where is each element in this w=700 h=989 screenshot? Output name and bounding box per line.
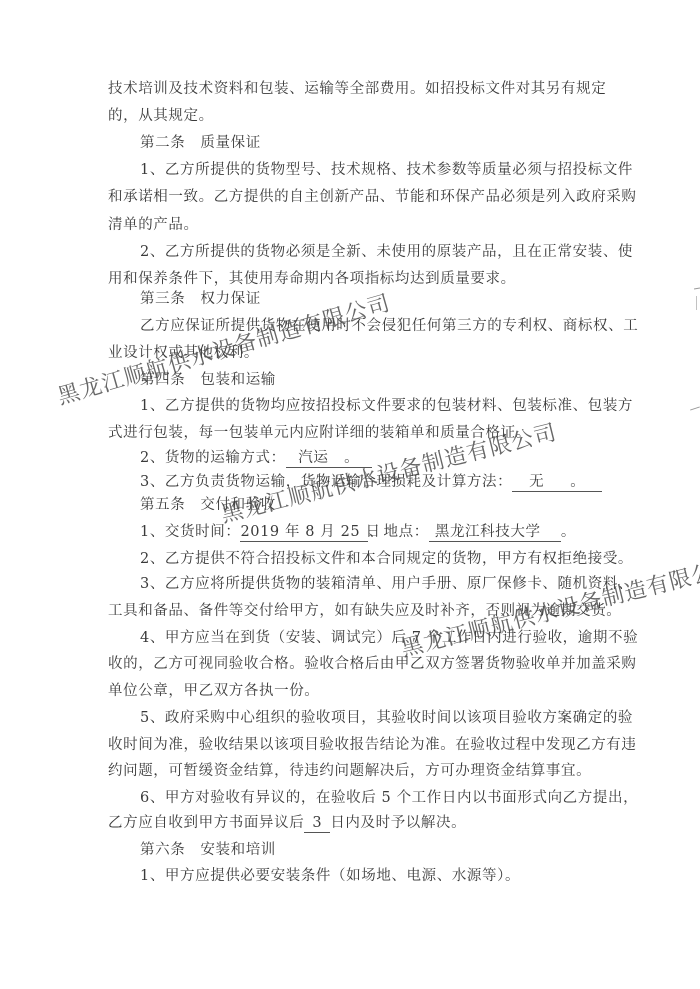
paragraph-line: 1、乙方提供的货物均应按招投标文件要求的包装材料、包装标准、包装方	[140, 397, 633, 415]
paragraph-line: 1、甲方应提供必要安装条件（如场地、电源、水源等）。	[140, 867, 520, 885]
article-2-heading: 第二条 质量保证	[140, 134, 261, 152]
paragraph-line: 业设计权或其他权利。	[108, 344, 259, 362]
transport-method-line: 2、货物的运输方式：汽运 。	[140, 449, 372, 468]
paragraph-line: 2、乙方提供不符合招投标文件和本合同规定的货物，甲方有权拒绝接受。	[140, 550, 633, 568]
transport-loss-value: 无 。	[512, 473, 602, 492]
paragraph-line: 清单的产品。	[108, 216, 199, 234]
delivery-place: 黑龙江科技大学	[429, 523, 561, 542]
paragraph-line: 技术培训及技术资料和包装、运输等全部费用。如招投标文件对其另有规定	[108, 80, 606, 98]
transport-loss-text: 无	[529, 474, 544, 490]
paragraph-line: 4、甲方应当在到货（安装、调试完）后 7 个工作日内进行验收，逾期不验	[140, 629, 638, 647]
paragraph-line: 1、乙方所提供的货物型号、技术规格、技术参数等质量必须与招投标文件	[140, 161, 633, 179]
paragraph-line: 式进行包装，每一包装单元内应附详细的装箱单和质量合格证。	[108, 424, 531, 442]
paragraph-line: 3、乙方应将所提供货物的装箱清单、用户手册、原厂保修卡、随机资料、	[140, 575, 633, 593]
period: 。	[344, 450, 359, 466]
transport-method-label: 2、货物的运输方式：	[140, 450, 286, 466]
paragraph-line: 的，从其规定。	[108, 107, 214, 125]
paragraph-line: 5、政府采购中心组织的验收项目，其验收时间以该项目验收方案确定的验	[140, 709, 633, 727]
paragraph-line: 乙方应保证所提供货物在使用时不会侵犯任何第三方的专利权、商标权、工	[140, 317, 638, 335]
period: 。	[561, 524, 576, 540]
paragraph-line: 和承诺相一致。乙方提供的自主创新产品、节能和环保产品必须是列入政府采购	[108, 188, 637, 206]
transport-loss-label: 3、乙方负责货物运输，货物运输合理损耗及计算方法：	[140, 474, 512, 490]
scan-artifact	[694, 287, 700, 289]
delivery-place-label: 、地点：	[368, 524, 428, 540]
transport-loss-line: 3、乙方负责货物运输，货物运输合理损耗及计算方法：无 。	[140, 473, 602, 492]
paragraph-line: 6、甲方对验收有异议的，在验收后 5 个工作日内以书面形式向乙方提出，	[140, 789, 638, 807]
paragraph-line: 收时间为准，验收结果以该项目验收报告结论为准。在验收过程中发现乙方有违	[108, 736, 637, 754]
period: 。	[570, 474, 585, 490]
paragraph-line: 2、乙方所提供的货物必须是全新、未使用的原装产品，且在正常安装、使	[140, 243, 633, 261]
transport-method-value: 汽运 。	[286, 449, 372, 468]
paragraph-line: 单位公章，甲乙双方各执一份。	[108, 682, 319, 700]
objection-label: 乙方应自收到甲方书面异议后	[108, 815, 304, 831]
paragraph-line: 收的，乙方可视同验收合格。验收合格后由甲乙双方签署货物验收单并加盖采购	[108, 655, 637, 673]
objection-line: 乙方应自收到甲方书面异议后3日内及时予以解决。	[108, 814, 466, 833]
article-5-heading: 第五条 交付和验收	[140, 496, 276, 514]
objection-suffix: 日内及时予以解决。	[330, 815, 466, 831]
scan-artifact	[690, 406, 700, 410]
article-6-heading: 第六条 安装和培训	[140, 841, 276, 859]
scan-artifact	[696, 296, 697, 310]
paragraph-line: 工具和备品、备件等交付给甲方，如有缺失应及时补齐，否则视为逾期交货。	[108, 602, 621, 620]
delivery-time-label: 1、交货时间：	[140, 524, 240, 540]
article-4-heading: 第四条 包装和运输	[140, 371, 276, 389]
paragraph-line: 约问题，可暂缓资金结算，待违约问题解决后，方可办理资金结算事宜。	[108, 762, 591, 780]
delivery-line: 1、交货时间：2019 年 8 月 25 日、地点：黑龙江科技大学。	[140, 523, 576, 542]
contract-page: 技术培训及技术资料和包装、运输等全部费用。如招投标文件对其另有规定 的，从其规定…	[0, 0, 700, 989]
article-3-heading: 第三条 权力保证	[140, 290, 261, 308]
objection-days: 3	[304, 814, 330, 833]
delivery-date: 2019 年 8 月 25 日	[240, 523, 368, 542]
transport-method-text: 汽运	[298, 450, 328, 466]
paragraph-line: 用和保养条件下，其使用寿命期内各项指标均达到质量要求。	[108, 270, 516, 288]
